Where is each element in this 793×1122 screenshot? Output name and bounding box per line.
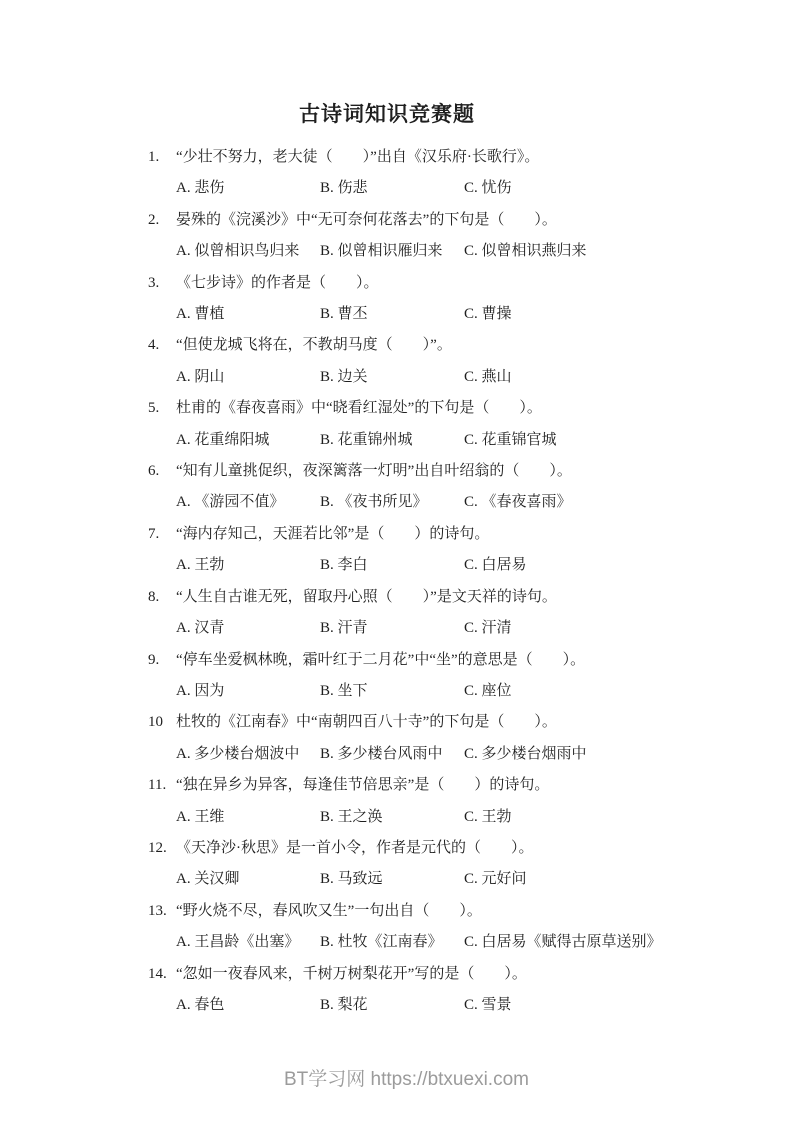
- question-number: 8.: [148, 582, 176, 613]
- question-text: “但使龙城飞将在，不教胡马度（ ）”。: [176, 330, 452, 361]
- option-b: B. 多少楼台风雨中: [320, 739, 464, 770]
- question-item: 4. “但使龙城飞将在，不教胡马度（ ）”。 A. 阴山 B. 边关 C. 燕山: [148, 330, 653, 393]
- question-line: 4. “但使龙城飞将在，不教胡马度（ ）”。: [148, 330, 653, 361]
- options-line: A. 王昌龄《出塞》 B. 杜牧《江南春》 C. 白居易《赋得古原草送别》: [148, 927, 653, 958]
- question-number: 5.: [148, 393, 176, 424]
- question-line: 11. “独在异乡为异客，每逢佳节倍思亲”是（ ）的诗句。: [148, 770, 653, 801]
- question-number: 7.: [148, 519, 176, 550]
- question-line: 9. “停车坐爱枫林晚，霜叶红于二月花”中“坐”的意思是（ ）。: [148, 645, 653, 676]
- question-text: “独在异乡为异客，每逢佳节倍思亲”是（ ）的诗句。: [176, 770, 549, 801]
- option-b: B. 汗青: [320, 613, 464, 644]
- option-c: C. 座位: [464, 676, 608, 707]
- option-a: A. 汉青: [176, 613, 320, 644]
- option-b: B. 王之涣: [320, 802, 464, 833]
- question-line: 1. “少壮不努力，老大徒（ ）”出自《汉乐府·长歌行》。: [148, 142, 653, 173]
- question-number: 11.: [148, 770, 176, 801]
- option-c: C. 燕山: [464, 362, 608, 393]
- question-line: 5. 杜甫的《春夜喜雨》中“晓看红湿处”的下句是（ ）。: [148, 393, 653, 424]
- option-a: A. 阴山: [176, 362, 320, 393]
- option-a: A. 花重绵阳城: [176, 425, 320, 456]
- option-b: B. 似曾相识雁归来: [320, 236, 464, 267]
- option-b: B. 曹丕: [320, 299, 464, 330]
- option-a: A. 王昌龄《出塞》: [176, 927, 320, 958]
- question-text: 杜甫的《春夜喜雨》中“晓看红湿处”的下句是（ ）。: [176, 393, 542, 424]
- option-c: C. 《春夜喜雨》: [464, 487, 608, 518]
- option-b: B. 坐下: [320, 676, 464, 707]
- page-title: 古诗词知识竞赛题: [148, 101, 626, 129]
- question-line: 13. “野火烧不尽，春风吹又生”一句出自（ ）。: [148, 896, 653, 927]
- option-c: C. 忧伤: [464, 173, 608, 204]
- question-number: 1.: [148, 142, 176, 173]
- options-line: A. 关汉卿 B. 马致远 C. 元好问: [148, 864, 653, 895]
- option-a: A. 因为: [176, 676, 320, 707]
- document-page: 古诗词知识竞赛题 1. “少壮不努力，老大徒（ ）”出自《汉乐府·长歌行》。 A…: [0, 0, 793, 1122]
- question-text: 晏殊的《浣溪沙》中“无可奈何花落去”的下句是（ ）。: [176, 205, 557, 236]
- question-item: 14. “忽如一夜春风来，千树万树梨花开”写的是（ ）。 A. 春色 B. 梨花…: [148, 959, 653, 1022]
- options-line: A. 汉青 B. 汗青 C. 汗清: [148, 613, 653, 644]
- option-b: B. 花重锦州城: [320, 425, 464, 456]
- option-b: B. 李白: [320, 550, 464, 581]
- option-c: C. 元好问: [464, 864, 608, 895]
- question-number: 14.: [148, 959, 176, 990]
- question-line: 8. “人生自古谁无死，留取丹心照（ ）”是文天祥的诗句。: [148, 582, 653, 613]
- question-item: 10 杜牧的《江南春》中“南朝四百八十寺”的下句是（ ）。 A. 多少楼台烟波中…: [148, 707, 653, 770]
- option-a: A. 悲伤: [176, 173, 320, 204]
- question-text: “野火烧不尽，春风吹又生”一句出自（ ）。: [176, 896, 482, 927]
- question-line: 7. “海内存知己，天涯若比邻”是（ ）的诗句。: [148, 519, 653, 550]
- question-number: 6.: [148, 456, 176, 487]
- options-line: A. 《游园不值》 B. 《夜书所见》 C. 《春夜喜雨》: [148, 487, 653, 518]
- option-a: A. 王维: [176, 802, 320, 833]
- option-c: C. 曹操: [464, 299, 608, 330]
- question-item: 2. 晏殊的《浣溪沙》中“无可奈何花落去”的下句是（ ）。 A. 似曾相识鸟归来…: [148, 205, 653, 268]
- question-text: “海内存知己，天涯若比邻”是（ ）的诗句。: [176, 519, 489, 550]
- option-a: A. 《游园不值》: [176, 487, 320, 518]
- question-item: 8. “人生自古谁无死，留取丹心照（ ）”是文天祥的诗句。 A. 汉青 B. 汗…: [148, 582, 653, 645]
- option-c: C. 白居易: [464, 550, 608, 581]
- question-item: 7. “海内存知己，天涯若比邻”是（ ）的诗句。 A. 王勃 B. 李白 C. …: [148, 519, 653, 582]
- option-b: B. 杜牧《江南春》: [320, 927, 464, 958]
- option-c: C. 白居易《赋得古原草送别》: [464, 927, 653, 958]
- question-line: 3. 《七步诗》的作者是（ ）。: [148, 268, 653, 299]
- option-a: A. 王勃: [176, 550, 320, 581]
- question-number: 10: [148, 707, 176, 738]
- option-a: A. 似曾相识鸟归来: [176, 236, 320, 267]
- document-content: 古诗词知识竞赛题 1. “少壮不努力，老大徒（ ）”出自《汉乐府·长歌行》。 A…: [148, 101, 653, 1021]
- option-c: C. 多少楼台烟雨中: [464, 739, 608, 770]
- question-item: 1. “少壮不努力，老大徒（ ）”出自《汉乐府·长歌行》。 A. 悲伤 B. 伤…: [148, 142, 653, 205]
- question-line: 6. “知有儿童挑促织，夜深篱落一灯明”出自叶绍翁的（ ）。: [148, 456, 653, 487]
- question-text: “人生自古谁无死，留取丹心照（ ）”是文天祥的诗句。: [176, 582, 557, 613]
- question-item: 5. 杜甫的《春夜喜雨》中“晓看红湿处”的下句是（ ）。 A. 花重绵阳城 B.…: [148, 393, 653, 456]
- question-text: 《天净沙·秋思》是一首小令，作者是元代的（ ）。: [176, 833, 534, 864]
- options-line: A. 悲伤 B. 伤悲 C. 忧伤: [148, 173, 653, 204]
- option-b: B. 梨花: [320, 990, 464, 1021]
- question-text: 杜牧的《江南春》中“南朝四百八十寺”的下句是（ ）。: [176, 707, 557, 738]
- option-b: B. 《夜书所见》: [320, 487, 464, 518]
- question-number: 9.: [148, 645, 176, 676]
- option-a: A. 多少楼台烟波中: [176, 739, 320, 770]
- question-item: 6. “知有儿童挑促织，夜深篱落一灯明”出自叶绍翁的（ ）。 A. 《游园不值》…: [148, 456, 653, 519]
- option-b: B. 边关: [320, 362, 464, 393]
- question-list: 1. “少壮不努力，老大徒（ ）”出自《汉乐府·长歌行》。 A. 悲伤 B. 伤…: [148, 142, 653, 1021]
- question-line: 2. 晏殊的《浣溪沙》中“无可奈何花落去”的下句是（ ）。: [148, 205, 653, 236]
- question-number: 3.: [148, 268, 176, 299]
- option-a: A. 曹植: [176, 299, 320, 330]
- option-c: C. 汗清: [464, 613, 608, 644]
- question-number: 2.: [148, 205, 176, 236]
- question-number: 12.: [148, 833, 176, 864]
- option-b: B. 伤悲: [320, 173, 464, 204]
- question-line: 10 杜牧的《江南春》中“南朝四百八十寺”的下句是（ ）。: [148, 707, 653, 738]
- question-number: 4.: [148, 330, 176, 361]
- question-line: 14. “忽如一夜春风来，千树万树梨花开”写的是（ ）。: [148, 959, 653, 990]
- option-a: A. 春色: [176, 990, 320, 1021]
- options-line: A. 似曾相识鸟归来 B. 似曾相识雁归来 C. 似曾相识燕归来: [148, 236, 653, 267]
- options-line: A. 王勃 B. 李白 C. 白居易: [148, 550, 653, 581]
- option-c: C. 王勃: [464, 802, 608, 833]
- question-text: “忽如一夜春风来，千树万树梨花开”写的是（ ）。: [176, 959, 527, 990]
- question-text: “知有儿童挑促织，夜深篱落一灯明”出自叶绍翁的（ ）。: [176, 456, 572, 487]
- question-item: 3. 《七步诗》的作者是（ ）。 A. 曹植 B. 曹丕 C. 曹操: [148, 268, 653, 331]
- options-line: A. 因为 B. 坐下 C. 座位: [148, 676, 653, 707]
- options-line: A. 花重绵阳城 B. 花重锦州城 C. 花重锦官城: [148, 425, 653, 456]
- options-line: A. 王维 B. 王之涣 C. 王勃: [148, 802, 653, 833]
- option-c: C. 似曾相识燕归来: [464, 236, 608, 267]
- question-item: 12. 《天净沙·秋思》是一首小令，作者是元代的（ ）。 A. 关汉卿 B. 马…: [148, 833, 653, 896]
- question-item: 9. “停车坐爱枫林晚，霜叶红于二月花”中“坐”的意思是（ ）。 A. 因为 B…: [148, 645, 653, 708]
- question-text: “停车坐爱枫林晚，霜叶红于二月花”中“坐”的意思是（ ）。: [176, 645, 585, 676]
- option-a: A. 关汉卿: [176, 864, 320, 895]
- options-line: A. 春色 B. 梨花 C. 雪景: [148, 990, 653, 1021]
- question-text: 《七步诗》的作者是（ ）。: [176, 268, 379, 299]
- question-number: 13.: [148, 896, 176, 927]
- option-b: B. 马致远: [320, 864, 464, 895]
- question-text: “少壮不努力，老大徒（ ）”出自《汉乐府·长歌行》。: [176, 142, 539, 173]
- options-line: A. 曹植 B. 曹丕 C. 曹操: [148, 299, 653, 330]
- option-c: C. 雪景: [464, 990, 608, 1021]
- option-c: C. 花重锦官城: [464, 425, 608, 456]
- options-line: A. 多少楼台烟波中 B. 多少楼台风雨中 C. 多少楼台烟雨中: [148, 739, 653, 770]
- question-item: 13. “野火烧不尽，春风吹又生”一句出自（ ）。 A. 王昌龄《出塞》 B. …: [148, 896, 653, 959]
- options-line: A. 阴山 B. 边关 C. 燕山: [148, 362, 653, 393]
- watermark-text: BT学习网 https://btxuexi.com: [284, 1068, 529, 1092]
- question-line: 12. 《天净沙·秋思》是一首小令，作者是元代的（ ）。: [148, 833, 653, 864]
- question-item: 11. “独在异乡为异客，每逢佳节倍思亲”是（ ）的诗句。 A. 王维 B. 王…: [148, 770, 653, 833]
